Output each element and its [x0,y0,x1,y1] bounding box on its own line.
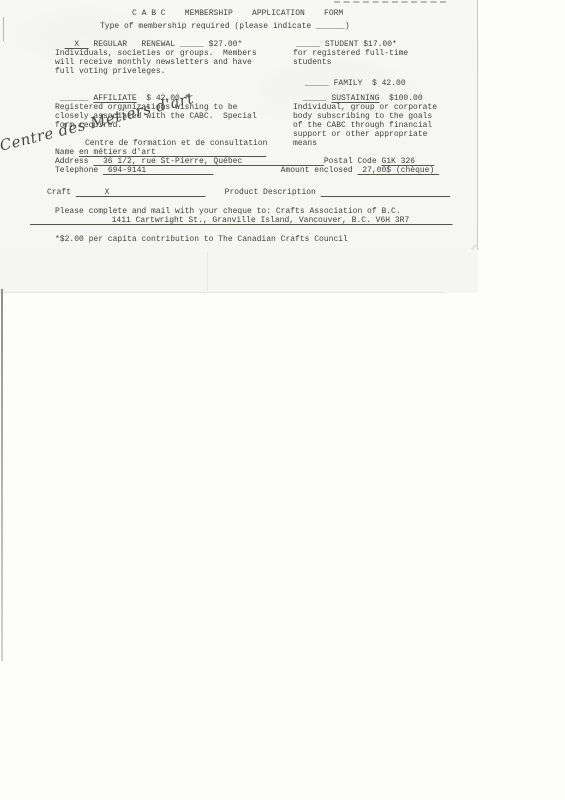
sustaining-amount: $100.00 [379,94,422,103]
craft-field-line: Craft X Product Description [47,188,450,197]
sustaining-label: SUSTAINING [331,94,379,103]
sustaining-desc-line4: support or other appropriate [293,130,427,139]
footnote: *$2.00 per capita contribution to The Ca… [55,235,348,244]
family-option-line: _____ FAMILY $ 42.00 [300,79,406,88]
student-option-line: _____ STUDENT $17.00* [296,40,397,49]
amount-enclosed-value: 27,00$ (chèque) [357,166,439,175]
craft-field-label: Craft [47,188,76,197]
address-field-label: Address [55,157,93,166]
regular-checked-mark: X [65,40,89,49]
regular-desc-line2: will receive monthly newsletters and hav… [55,58,252,67]
product-description-label: Product Description [225,188,321,197]
sustaining-blank: _____ [293,94,331,103]
telephone-field-value: 694-9141 [103,166,213,175]
address-field-line: Address 36 1/2, rue St-Pierre, Québec Po… [55,157,434,166]
regular-option-line: X REGULAR RENEWAL _____ $27.00* [55,40,242,49]
scan-artifact-streak [207,252,208,291]
scan-artifact-left-edge-line [1,289,3,661]
postal-code-label: Postal Code [324,157,382,166]
scan-artifact-paper-right-edge [477,0,478,250]
sustaining-desc-line2: body subscribing to the goals [293,112,432,121]
student-desc-line1: for registered full-time [293,49,408,58]
field-gap [213,166,280,175]
sustaining-desc-line3: of the CABC through financial [293,121,432,130]
field-gap-2 [205,188,224,197]
postal-code-value: G1K 326 [381,157,434,166]
sustaining-desc-line1: Individual, group or corporate [293,103,437,112]
regular-pre [55,40,65,49]
regular-label: REGULAR RENEWAL _____ $27.00* [89,40,243,49]
sustaining-option-line: _____ SUSTAINING $100.00 [293,94,423,103]
sustaining-desc-line5: means [293,139,317,148]
student-blank: _____ [296,40,325,49]
telephone-field-label: Telephone [55,166,103,175]
amount-enclosed-label: Amount enclosed [281,166,358,175]
organization-extra-line: Centre de formation et de consultation [85,139,267,148]
scan-artifact-perforation-dashes [334,1,446,3]
regular-desc-line1: Individuals, societies or groups. Member… [55,49,257,58]
scanned-form-sheet: C A B C MEMBERSHIP APPLICATION FORM Type… [0,0,478,293]
product-description-blank [321,188,451,197]
address-field-value: 36 1/2, rue St-Pierre, Québec [93,157,323,166]
student-label: STUDENT $17.00* [325,40,397,49]
craft-field-value: X [76,188,206,197]
affiliate-blank: ______ [55,94,93,103]
mailing-address: 1411 Cartwright St., Granville Island, V… [30,216,452,225]
name-field-line: Name en métiers d'art [55,148,266,157]
telephone-field-line: Telephone 694-9141 Amount enclosed 27,00… [55,166,439,175]
mailing-instruction-line1: Please complete and mail with your chequ… [55,207,401,216]
name-field-value: en métiers d'art [79,148,266,157]
mailing-instruction-line2: 1411 Cartwright St., Granville Island, V… [30,216,452,225]
affiliate-label: AFFILIATE [93,94,136,103]
form-title: C A B C MEMBERSHIP APPLICATION FORM [132,9,343,18]
student-desc-line2: students [293,58,331,67]
name-field-label: Name [55,148,79,157]
regular-desc-line3: full voting priveleges. [55,67,165,76]
scan-artifact-left-tick [3,17,4,41]
membership-type-instruction: Type of membership required (please indi… [100,22,350,31]
scan-artifact-bottom-band [0,252,444,293]
